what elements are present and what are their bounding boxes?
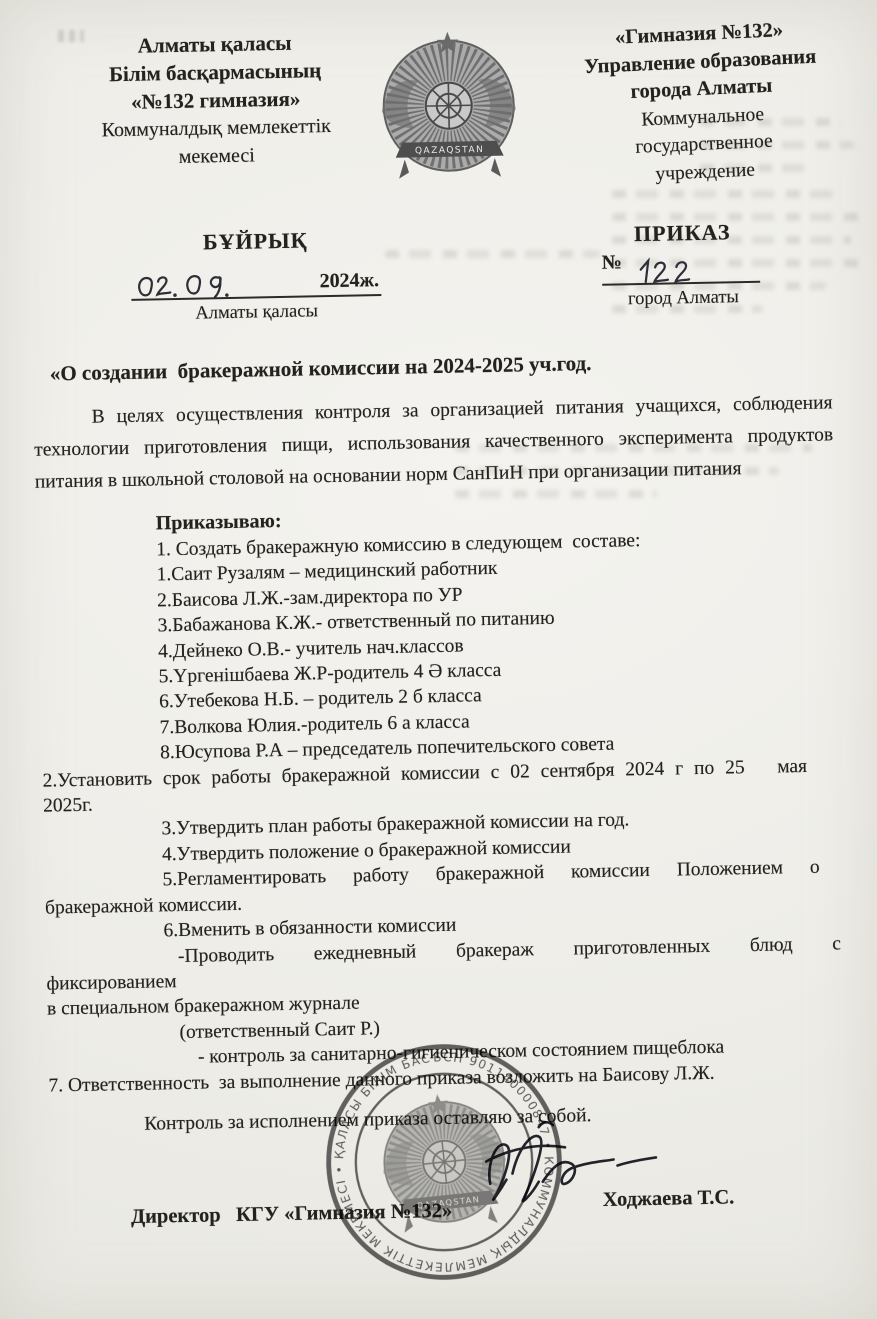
number-sign: № [602, 251, 623, 273]
order-preamble: В целях осуществления контроля за органи… [33, 387, 834, 498]
order-title-kk: БҰЙРЫҚ [130, 226, 380, 257]
issuer-block-russian: «Гимназия №132» Управление образования г… [540, 14, 864, 193]
scanned-order-document: Алматы қаласы Білім басқармасының «№132 … [0, 0, 877, 1319]
order-subject: «О создании бракеражной комиссии на 2024… [50, 346, 842, 386]
order-body-lines: 1. Создать бракеражную комиссию в следую… [38, 524, 844, 1098]
issuer-line: Коммуналдық мемлекеттік [76, 111, 357, 144]
director-signature [468, 1102, 660, 1220]
order-year: 2024ж. [319, 269, 379, 293]
issuer-line: мекемесі [76, 139, 357, 172]
order-city-kk: Алматы қаласы [132, 300, 382, 326]
order-heading-kazakh: БҰЙРЫҚ 2024ж. Алматы қаласы [130, 226, 382, 326]
issuer-line: Білім басқармасының [75, 55, 356, 88]
order-heading-russian: ПРИКАЗ № город Алматы [587, 218, 779, 317]
issuer-block-kazakh: Алматы қаласы Білім басқармасының «№132 … [74, 27, 357, 172]
document-header: Алматы қаласы Білім басқармасының «№132 … [0, 0, 868, 209]
kazakhstan-coat-of-arms [372, 24, 525, 202]
order-number-line: № [602, 249, 761, 286]
handwritten-order-number [634, 256, 717, 287]
handwritten-date [133, 266, 259, 302]
order-date-line: 2024ж. [131, 258, 382, 301]
order-city-ru: город Алматы [588, 286, 778, 311]
order-title-ru: ПРИКАЗ [587, 218, 777, 248]
